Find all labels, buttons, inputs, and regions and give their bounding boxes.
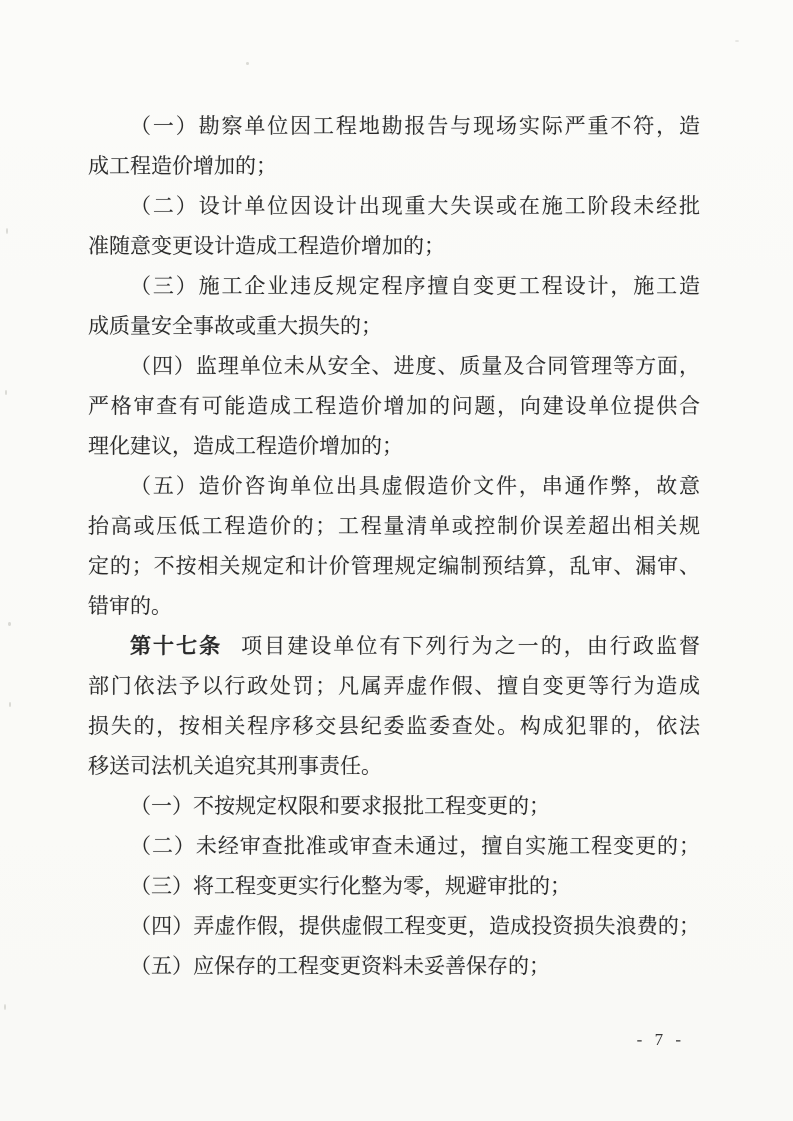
scan-speck: [5, 390, 7, 395]
page-number: - 7 -: [637, 1030, 685, 1049]
document-line: （五）造价咨询单位出具虚假造价文件，串通作弊，故意: [88, 466, 700, 506]
document-body: （一）勘察单位因工程地勘报告与现场实际严重不符，造 成工程造价增加的； （二）设…: [88, 106, 700, 986]
document-line: 抬高或压低工程造价的；工程量清单或控制价误差超出相关规: [88, 506, 700, 546]
document-line: （四）监理单位未从安全、进度、质量及合同管理等方面，: [88, 346, 700, 386]
document-page: （一）勘察单位因工程地勘报告与现场实际严重不符，造 成工程造价增加的； （二）设…: [0, 0, 793, 1121]
document-line-article: 第十七条项目建设单位有下列行为之一的，由行政监督: [88, 626, 700, 666]
scan-speck: [9, 702, 11, 707]
document-line: 部门依法予以行政处罚；凡属弄虚作假、擅自变更等行为造成: [88, 666, 700, 706]
document-line: （三）将工程变更实行化整为零，规避审批的；: [88, 866, 700, 906]
document-line: （二）设计单位因设计出现重大失误或在施工阶段未经批: [88, 186, 700, 226]
scan-speck: [8, 622, 11, 626]
document-line: 损失的，按相关程序移交县纪委监委查处。构成犯罪的，依法: [88, 706, 700, 746]
page-footer: - 7 -: [637, 1030, 685, 1050]
document-line: （二）未经审查批准或审查未通过，擅自实施工程变更的；: [88, 826, 700, 866]
document-line: 错审的。: [88, 586, 700, 626]
scan-speck: [246, 62, 249, 65]
document-line: （五）应保存的工程变更资料未妥善保存的；: [88, 946, 700, 986]
scan-speck: [6, 228, 8, 234]
document-line: （四）弄虚作假，提供虚假工程变更，造成投资损失浪费的；: [88, 906, 700, 946]
document-line: （一）不按规定权限和要求报批工程变更的；: [88, 786, 700, 826]
document-line: 成质量安全事故或重大损失的；: [88, 306, 700, 346]
document-line: 成工程造价增加的；: [88, 146, 700, 186]
article-number-heading: 第十七条: [130, 634, 222, 658]
article-line-text: 项目建设单位有下列行为之一的，由行政监督: [241, 634, 700, 658]
scan-speck: [4, 1004, 6, 1010]
document-line: （三）施工企业违反规定程序擅自变更工程设计，施工造: [88, 266, 700, 306]
document-line: 移送司法机关追究其刑事责任。: [88, 746, 700, 786]
document-line: 理化建议，造成工程造价增加的；: [88, 426, 700, 466]
document-line: 准随意变更设计造成工程造价增加的；: [88, 226, 700, 266]
document-line: （一）勘察单位因工程地勘报告与现场实际严重不符，造: [88, 106, 700, 146]
document-line: 定的；不按相关规定和计价管理规定编制预结算，乱审、漏审、: [88, 546, 700, 586]
scan-speck: [735, 40, 739, 42]
document-line: 严格审查有可能造成工程造价增加的问题，向建设单位提供合: [88, 386, 700, 426]
